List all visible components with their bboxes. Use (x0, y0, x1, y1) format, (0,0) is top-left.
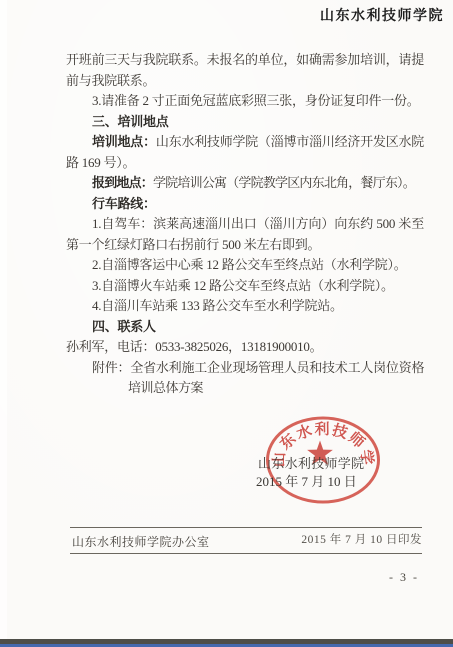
section-heading-location: 三、培训地点 (66, 112, 424, 133)
label-attachment: 附件： (92, 360, 130, 375)
signature-date: 2015 年 7 月 10 日 (256, 471, 366, 490)
document-body: 开班前三天与我院联系。未报名的单位，如确需参加培训，请提前与我院联系。 3.请准… (66, 50, 424, 399)
para-contact: 孙利军，电话：0533-3825026，13181900010。 (66, 337, 424, 358)
footer-rule-top (70, 527, 422, 528)
para-route-1: 1.自驾车：滨莱高速淄川出口（淄川方向）向东约 500 米至第一个红绿灯路口右拐… (66, 214, 424, 255)
scan-edge-highlight (0, 0, 7, 640)
para-training-location: 培训地点：山东水利技师学院（淄博市淄川经济开发区水院路 169 号）。 (66, 132, 424, 173)
label-route: 行车路线： (66, 194, 424, 215)
text-attachment: 全省水利施工企业现场管理人员和技术工人岗位资格培训总体方案 (128, 360, 424, 396)
scanned-document-page: 山东水利技师学院 开班前三天与我院联系。未报名的单位，如确需参加培训，请提前与我… (0, 0, 453, 647)
signature-org: 山东水利技师学院 (258, 453, 368, 472)
footer-issued-date: 2015 年 7 月 10 日印发 (301, 531, 422, 547)
label-checkin-location: 报到地点： (92, 175, 153, 190)
para-checkin-location: 报到地点：学院培训公寓（学院教学区内东北角，餐厅东）。 (66, 173, 424, 194)
para-attachment: 附件：全省水利施工企业现场管理人员和技术工人岗位资格培训总体方案 (66, 358, 424, 399)
label-training-location: 培训地点： (92, 134, 156, 149)
footer-office: 山东水利技师学院办公室 (72, 533, 210, 550)
section-heading-contact: 四、联系人 (66, 317, 424, 338)
para-item-photo: 3.请准备 2 寸正面免冠蓝底彩照三张，身份证复印件一份。 (66, 91, 424, 112)
footer-rule-bottom (70, 553, 422, 554)
text-checkin-location: 学院培训公寓（学院教学区内东北角，餐厅东）。 (153, 175, 415, 190)
para-route-3: 3.自淄博火车站乘 12 路公交车至终点站（水利学院）。 (66, 276, 424, 297)
page-number: - 3 - (389, 570, 419, 585)
header-org-name: 山东水利技师学院 (320, 5, 444, 25)
para-intro: 开班前三天与我院联系。未报名的单位，如确需参加培训，请提前与我院联系。 (66, 50, 424, 91)
para-route-2: 2.自淄博客运中心乘 12 路公交车至终点站（水利学院）。 (66, 255, 424, 276)
para-route-4: 4.自淄川车站乘 133 路公交车至水利学院站。 (66, 296, 424, 317)
